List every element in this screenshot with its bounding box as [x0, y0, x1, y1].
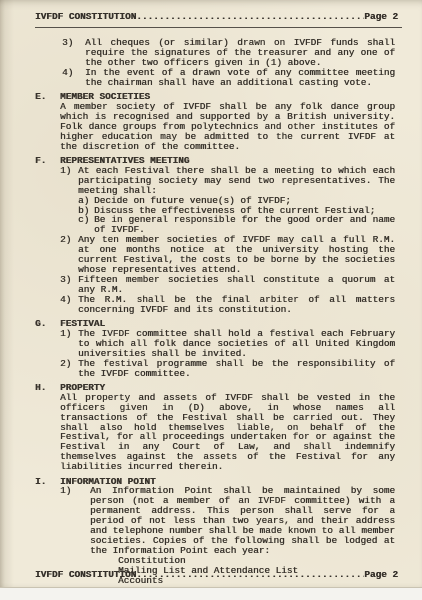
clause-4: 4) In the event of a drawn vote of any c…: [62, 68, 395, 88]
clause-text: The IVFDF committee shall hold a festiva…: [78, 329, 395, 359]
section-body: 1) The IVFDF committee shall hold a fest…: [60, 329, 395, 379]
clause-number: 2): [60, 235, 78, 245]
footer-dot-leader: ........................................…: [136, 570, 364, 580]
section-letter: G.: [35, 319, 60, 329]
header-dot-leader: ........................................…: [136, 12, 364, 22]
clause-f3: 3) Fifteen member societies shall consti…: [60, 275, 395, 295]
header-title: IVFDF CONSTITUTION: [35, 12, 136, 22]
clause-text: Fifteen member societies shall constitut…: [78, 275, 395, 295]
subclause-text: Decide on future venue(s) of IVFDF;: [94, 196, 395, 206]
clause-g2: 2) The festival programme shall be the r…: [60, 359, 395, 379]
page-header: IVFDF CONSTITUTION......................…: [35, 12, 398, 22]
section-letter: H.: [35, 383, 60, 393]
section-festival: G. FESTIVAL 1) The IVFDF committee shall…: [35, 319, 395, 378]
footer-page-number: Page 2: [364, 570, 398, 580]
subclause-letter: a): [78, 196, 94, 206]
footer-title: IVFDF CONSTITUTION: [35, 570, 136, 580]
clause-number: 2): [60, 359, 78, 369]
section-body-text: A member society of IVFDF shall be any f…: [60, 102, 395, 152]
clause-g1: 1) The IVFDF committee shall hold a fest…: [60, 329, 395, 359]
section-representatives-meeting: F. REPRESENTATIVES MEETING 1) At each Fe…: [35, 156, 395, 315]
clause-text: In the event of a drawn vote of any comm…: [85, 68, 395, 88]
clause-number: 4): [62, 68, 85, 78]
clause-f1a: a) Decide on future venue(s) of IVFDF;: [78, 196, 395, 206]
clause-number: 3): [60, 275, 78, 285]
clause-text: The festival programme shall be the resp…: [78, 359, 395, 379]
clause-3: 3) All cheques (or similar) drawn on IVF…: [62, 38, 395, 68]
subclause-text: Be in general responsible for the good o…: [94, 215, 395, 235]
clause-text: All cheques (or similar) drawn on IVFDF …: [85, 38, 395, 68]
section-member-societies: E. MEMBER SOCIETIES A member society of …: [35, 92, 395, 151]
clause-number: 1): [60, 329, 78, 339]
clause-number: 1): [60, 166, 78, 176]
clause-f1: 1) At each Festival there shall be a mee…: [60, 166, 395, 235]
clause-number: 4): [60, 295, 78, 305]
scan-background: IVFDF CONSTITUTION......................…: [0, 0, 422, 600]
section-letter: E.: [35, 92, 60, 102]
document-body: 3) All cheques (or similar) drawn on IVF…: [35, 38, 395, 586]
section-property: H. PROPERTY All property and assets of I…: [35, 383, 395, 472]
section-body: 1) At each Festival there shall be a mee…: [60, 166, 395, 315]
subclause-letter: c): [78, 215, 94, 225]
document-page: IVFDF CONSTITUTION......................…: [0, 0, 422, 588]
section-letter: F.: [35, 156, 60, 166]
clause-text: An Information Point shall be maintained…: [90, 486, 395, 555]
clause-f4: 4) The R.M. shall be the final arbiter o…: [60, 295, 395, 315]
page-footer: IVFDF CONSTITUTION......................…: [35, 570, 398, 580]
section-body-text: All property and assets of IVFDF shall b…: [60, 393, 395, 472]
clause-f2: 2) Any ten member societies of IVFDF may…: [60, 235, 395, 275]
clause-content: At each Festival there shall be a meetin…: [78, 166, 395, 235]
clause-text: Any ten member societies of IVFDF may ca…: [78, 235, 395, 275]
clause-number: 1): [60, 486, 90, 496]
section-letter: I.: [35, 477, 60, 487]
clause-number: 3): [62, 38, 85, 48]
clause-text: At each Festival there shall be a meetin…: [78, 166, 395, 196]
scan-bottom-edge: [0, 587, 422, 600]
clause-f1c: c) Be in general responsible for the goo…: [78, 215, 395, 235]
clause-text: The R.M. shall be the final arbiter of a…: [78, 295, 395, 315]
header-page-number: Page 2: [364, 12, 398, 22]
header-rule: [35, 27, 402, 28]
